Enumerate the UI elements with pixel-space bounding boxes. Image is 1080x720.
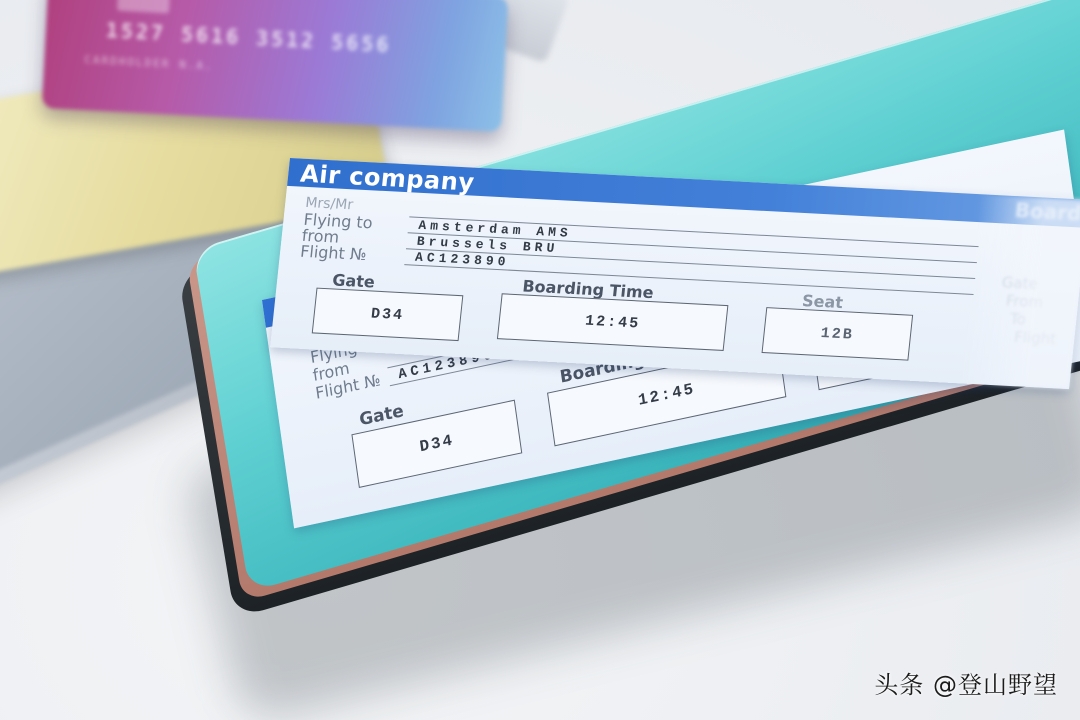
seat-box: 12B [762, 307, 914, 361]
gate-box: D34 [312, 288, 464, 342]
card-number: 1527 5616 3512 5656 [105, 18, 392, 57]
card-holder-name: CARDHOLDER N.A. [84, 53, 214, 73]
flight-number-label: Flight № [299, 243, 367, 263]
watermark: 头条 @登山野望 [874, 665, 1058, 700]
airline-brand: Air company [299, 160, 476, 197]
boarding-time-box: 12:45 [497, 293, 729, 351]
field-underline [404, 264, 973, 295]
card-chip [117, 0, 170, 13]
ticket-blur-edge [959, 194, 1080, 389]
photo-scene: 1527 5616 3512 5656 CARDHOLDER N.A. REPU… [0, 0, 1080, 720]
